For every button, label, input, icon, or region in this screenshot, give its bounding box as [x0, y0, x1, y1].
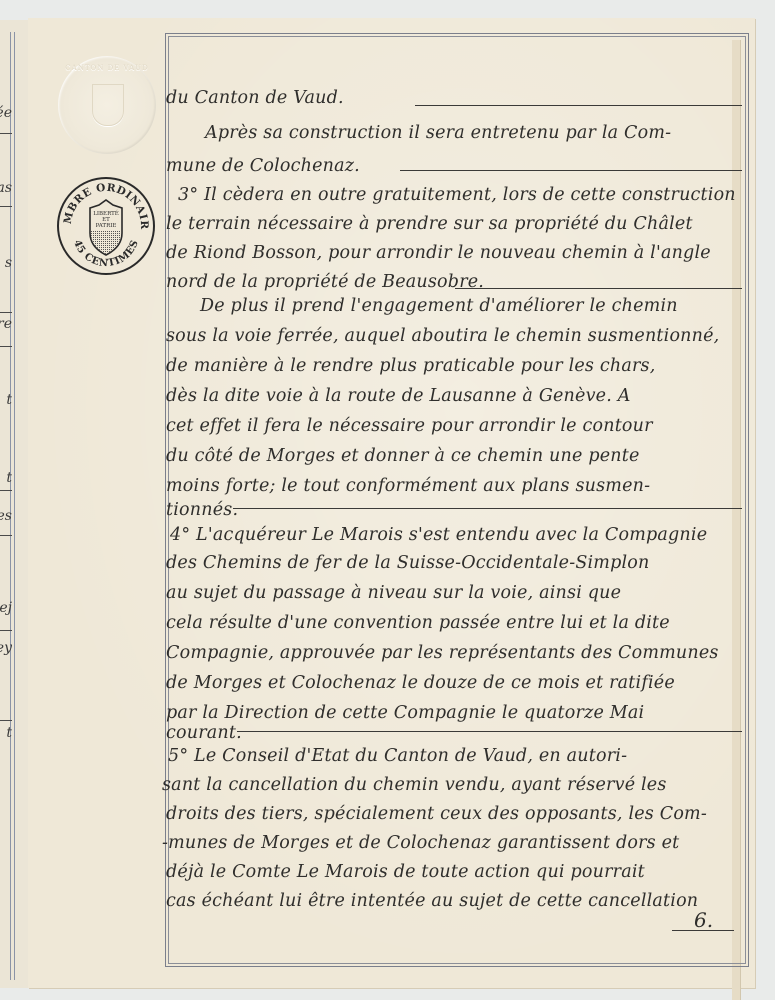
line-filler-rule: [455, 288, 742, 289]
previous-page-fragment: re-: [0, 316, 12, 332]
previous-page-margin-rule: [10, 32, 15, 980]
previous-page-fragment: es: [0, 508, 12, 524]
text-line: sous la voie ferrée, auquel aboutira le …: [166, 326, 719, 346]
text-line: De plus il prend l'engagement d'améliore…: [200, 296, 678, 316]
previous-page-fragment: ée: [0, 105, 12, 121]
previous-page-fragment: ey: [0, 640, 12, 656]
text-line: dès la dite voie à la route de Lausanne …: [166, 386, 631, 406]
text-line: Après sa construction il sera entretenu …: [205, 123, 671, 143]
previous-page-fragment: s: [0, 255, 12, 271]
catchword: 6.: [694, 908, 713, 932]
text-line: de Morges et Colochenaz le douze de ce m…: [166, 673, 675, 693]
line-filler-rule: [400, 170, 742, 171]
previous-page-fragment: as: [0, 180, 12, 196]
text-line: tionnés.: [166, 500, 238, 520]
previous-page-rule: [0, 490, 12, 491]
previous-page-rule: [0, 535, 12, 536]
svg-text:PATRIE: PATRIE: [96, 223, 117, 229]
previous-page-edge: ée as s re- t t es ej ey t: [0, 20, 29, 988]
text-line: du côté de Morges et donner à ce chemin …: [166, 446, 640, 466]
text-line: courant.: [166, 723, 242, 743]
previous-page-rule: [0, 206, 12, 207]
text-line: du Canton de Vaud.: [166, 88, 344, 108]
text-line: nord de la propriété de Beausobre.: [166, 272, 484, 292]
text-line: cet effet il fera le nécessaire pour arr…: [166, 416, 653, 436]
text-line: Compagnie, approuvée par les représentan…: [166, 643, 719, 663]
text-line: de Riond Bosson, pour arrondir le nouvea…: [166, 243, 711, 263]
text-line: le terrain nécessaire à prendre sur sa p…: [166, 214, 693, 234]
text-line: moins forte; le tout conformément aux pl…: [166, 476, 650, 496]
previous-page-rule: [0, 630, 12, 631]
previous-page-rule: [0, 312, 12, 313]
text-line: mune de Colochenaz.: [166, 156, 360, 176]
line-filler-rule: [233, 508, 742, 509]
svg-text:LIBERTÉ: LIBERTÉ: [93, 209, 119, 217]
previous-page-fragment: t: [0, 392, 12, 408]
text-line: cas échéant lui être intentée au sujet d…: [166, 891, 698, 911]
shield-embossed-icon: [92, 84, 124, 126]
line-filler-rule: [237, 731, 742, 732]
text-line: cela résulte d'une convention passée ent…: [166, 613, 670, 633]
text-line: de manière à le rendre plus praticable p…: [166, 356, 656, 376]
text-line: 4° L'acquéreur Le Marois s'est entendu a…: [170, 525, 707, 545]
previous-page-rule: [0, 346, 12, 347]
previous-page-fragment: ej: [0, 600, 12, 616]
text-line: droits des tiers, spécialement ceux des …: [166, 804, 707, 824]
catchword-flourish: [672, 930, 734, 931]
previous-page-fragment: t: [0, 725, 12, 741]
vaud-shield-icon: TIMBRE ORDINAIRE 45 CENTIMES LIBERTÉ ET …: [55, 175, 157, 277]
text-line: par la Direction de cette Compagnie le q…: [166, 703, 644, 723]
text-line: sant la cancellation du chemin vendu, ay…: [162, 775, 667, 795]
embossed-seal-text: CANTON DE VAUD: [58, 64, 156, 72]
text-line: des Chemins de fer de la Suisse-Occident…: [166, 553, 650, 573]
text-line: déjà le Comte Le Marois de toute action …: [166, 862, 645, 882]
text-line: 5° Le Conseil d'Etat du Canton de Vaud, …: [168, 746, 627, 766]
text-line: -munes de Morges et de Colochenaz garant…: [162, 833, 679, 853]
previous-page-fragment: t: [0, 470, 12, 486]
text-line: 3° Il cèdera en outre gratuitement, lors…: [178, 185, 736, 205]
line-filler-rule: [415, 105, 742, 106]
timbre-ordinaire-stamp: TIMBRE ORDINAIRE 45 CENTIMES LIBERTÉ ET …: [55, 175, 157, 277]
text-line: au sujet du passage à niveau sur la voie…: [166, 583, 621, 603]
embossed-seal: CANTON DE VAUD: [58, 56, 156, 154]
previous-page-rule: [0, 720, 12, 721]
previous-page-rule: [0, 133, 12, 134]
